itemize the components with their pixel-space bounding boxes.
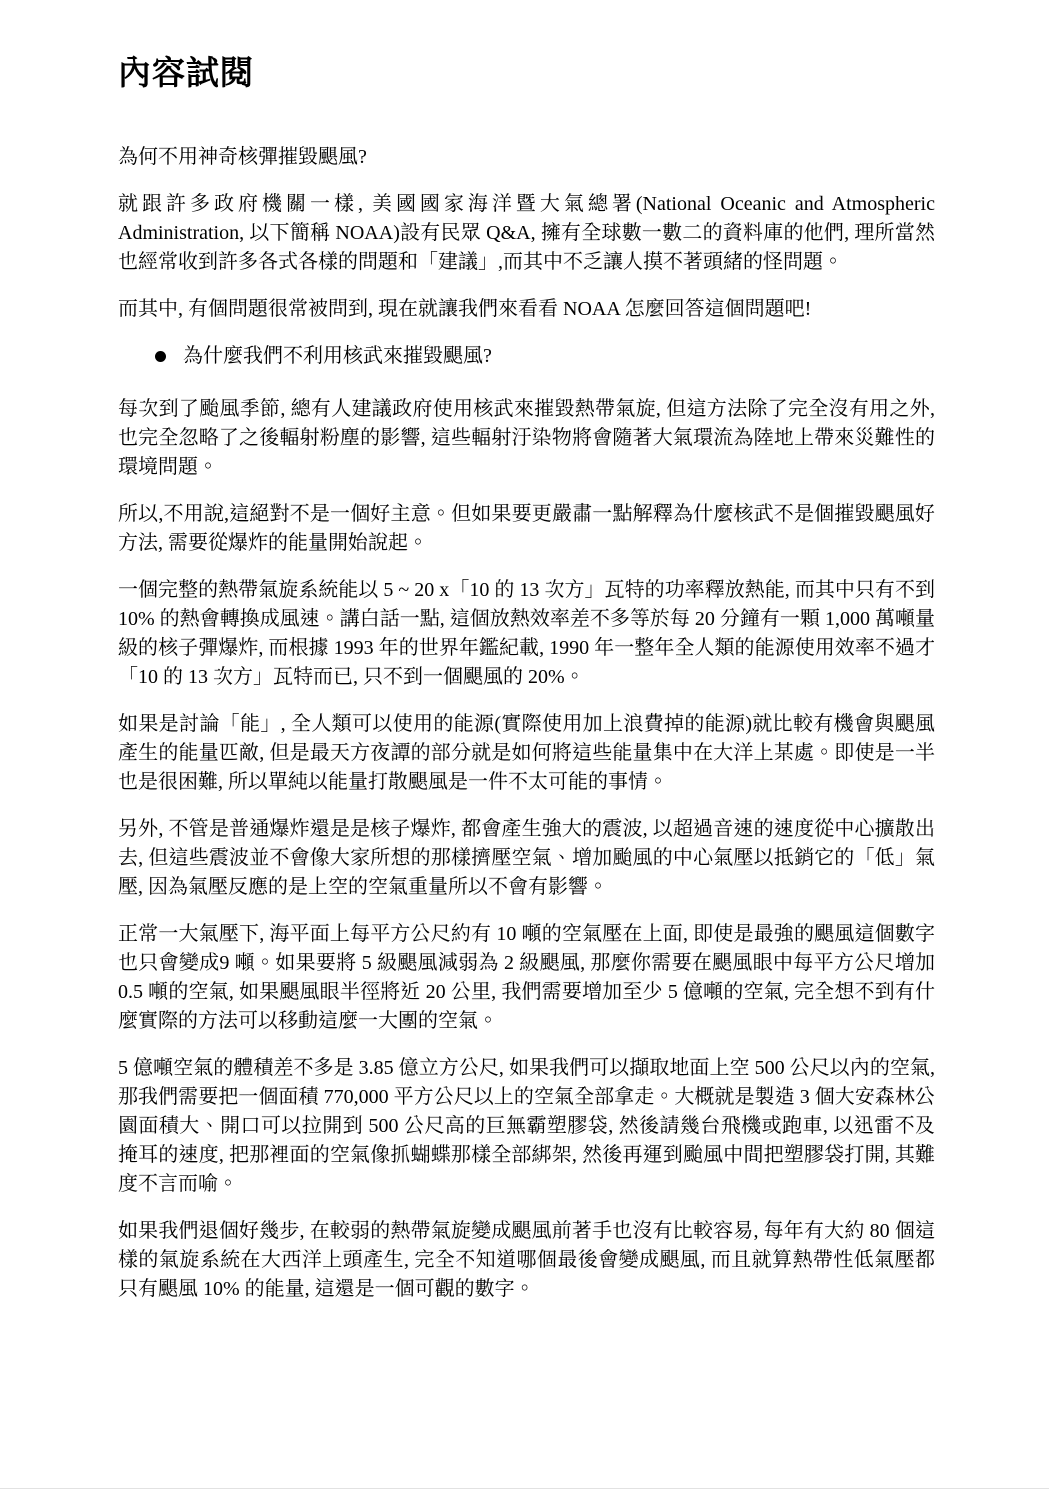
body-paragraph: 每次到了颱風季節, 總有人建議政府使用核武來摧毀熱帶氣旋, 但這方法除了完全沒有… — [118, 395, 935, 482]
body-paragraph: 正常一大氣壓下, 海平面上每平方公尺約有 10 噸的空氣壓在上面, 即使是最強的… — [118, 920, 935, 1036]
body-paragraph: 如果是討論「能」, 全人類可以使用的能源(實際使用加上浪費掉的能源)就比較有機會… — [118, 710, 935, 797]
intro-paragraph: 而其中, 有個問題很常被問到, 現在就讓我們來看看 NOAA 怎麼回答這個問題吧… — [118, 295, 935, 324]
body-paragraph: 5 億噸空氣的體積差不多是 3.85 億立方公尺, 如果我們可以擷取地面上空 5… — [118, 1054, 935, 1199]
list-item: 為什麼我們不利用核武來摧毀颶風? — [118, 342, 935, 371]
intro-paragraph: 就跟許多政府機關一樣, 美國國家海洋暨大氣總署(National Oceanic… — [118, 190, 935, 277]
body-paragraph: 一個完整的熱帶氣旋系統能以 5 ~ 20 x「10 的 13 次方」瓦特的功率釋… — [118, 576, 935, 692]
question-list: 為什麼我們不利用核武來摧毀颶風? — [118, 342, 935, 371]
bullet-question-text: 為什麼我們不利用核武來摧毀颶風? — [183, 345, 492, 367]
page-title: 內容試閱 — [118, 55, 935, 91]
body-paragraph: 所以,不用說,這絕對不是一個好主意。但如果要更嚴肅一點解釋為什麼核武不是個摧毀颶… — [118, 500, 935, 558]
body-paragraph: 如果我們退個好幾步, 在較弱的熱帶氣旋變成颶風前著手也沒有比較容易, 每年有大約… — [118, 1217, 935, 1304]
bullet-marker-icon — [155, 351, 166, 362]
article: 為何不用神奇核彈摧毀颶風? 就跟許多政府機關一樣, 美國國家海洋暨大氣總署(Na… — [118, 143, 935, 1304]
page-bottom-divider — [0, 1488, 1049, 1489]
body-paragraph: 另外, 不管是普通爆炸還是是核子爆炸, 都會產生強大的震波, 以超過音速的速度從… — [118, 815, 935, 902]
document-page: 內容試閱 為何不用神奇核彈摧毀颶風? 就跟許多政府機關一樣, 美國國家海洋暨大氣… — [0, 0, 1049, 1495]
article-heading: 為何不用神奇核彈摧毀颶風? — [118, 143, 935, 172]
